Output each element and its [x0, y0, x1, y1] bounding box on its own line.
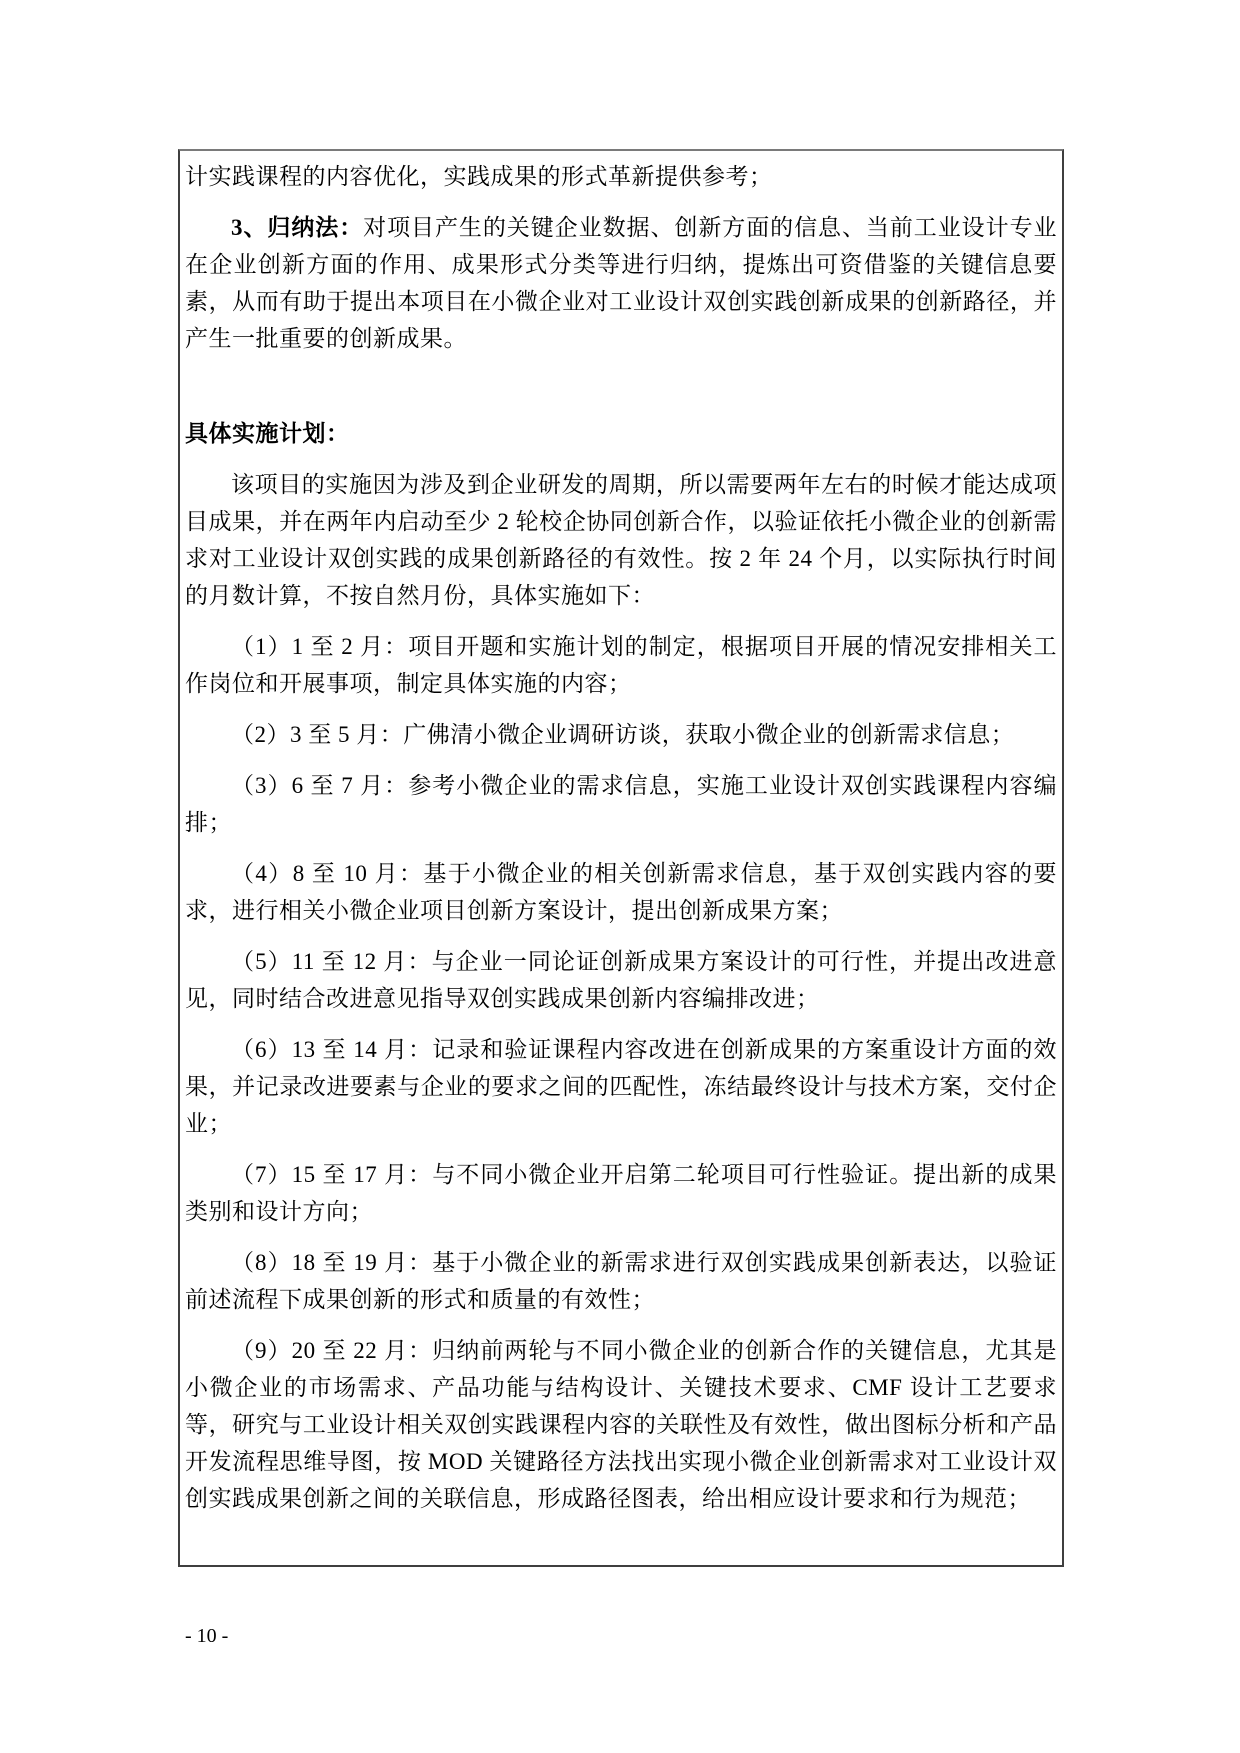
step-paragraph-3: （3）6 至 7 月：参考小微企业的需求信息，实施工业设计双创实践课程内容编排； — [185, 767, 1057, 841]
step-paragraph-8: （8）18 至 19 月：基于小微企业的新需求进行双创实践成果创新表达，以验证前… — [185, 1244, 1057, 1318]
document-page: 计实践课程的内容优化，实践成果的形式革新提供参考； 3、归纳法：对项目产生的关键… — [0, 0, 1240, 1753]
step-paragraph-7: （7）15 至 17 月：与不同小微企业开启第二轮项目可行性验证。提出新的成果类… — [185, 1156, 1057, 1230]
step-paragraph-2: （2）3 至 5 月：广佛清小微企业调研访谈，获取小微企业的创新需求信息； — [185, 716, 1057, 753]
method-3-label: 3、归纳法： — [231, 215, 363, 240]
step-paragraph-4: （4）8 至 10 月：基于小微企业的相关创新需求信息，基于双创实践内容的要求，… — [185, 855, 1057, 929]
paragraph-plan-intro: 该项目的实施因为涉及到企业研发的周期，所以需要两年左右的时候才能达成项目成果，并… — [185, 466, 1057, 614]
step-paragraph-1: （1）1 至 2 月：项目开题和实施计划的制定，根据项目开展的情况安排相关工作岗… — [185, 628, 1057, 702]
content-table-cell: 计实践课程的内容优化，实践成果的形式革新提供参考； 3、归纳法：对项目产生的关键… — [178, 149, 1064, 1567]
step-paragraph-9: （9）20 至 22 月：归纳前两轮与不同小微企业的创新合作的关键信息，尤其是小… — [185, 1332, 1057, 1517]
paragraph-continuation: 计实践课程的内容优化，实践成果的形式革新提供参考； — [185, 158, 1057, 195]
section-heading-implementation-plan: 具体实施计划： — [185, 415, 1057, 452]
page-number: - 10 - — [185, 1624, 228, 1648]
step-paragraph-5: （5）11 至 12 月：与企业一同论证创新成果方案设计的可行性，并提出改进意见… — [185, 943, 1057, 1017]
step-paragraph-6: （6）13 至 14 月：记录和验证课程内容改进在创新成果的方案重设计方面的效果… — [185, 1031, 1057, 1142]
paragraph-method-3: 3、归纳法：对项目产生的关键企业数据、创新方面的信息、当前工业设计专业在企业创新… — [185, 209, 1057, 357]
